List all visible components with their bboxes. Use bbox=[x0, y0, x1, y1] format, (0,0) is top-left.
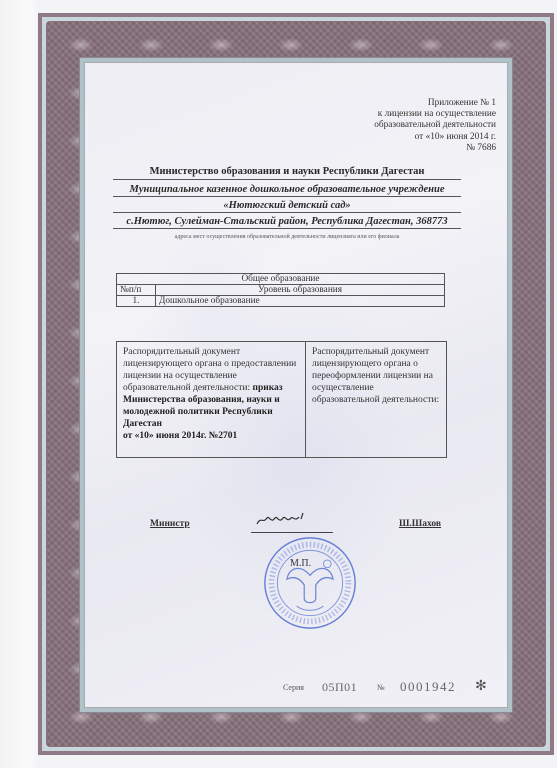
row-number: 1. bbox=[117, 296, 156, 307]
official-seal-stamp bbox=[262, 535, 358, 631]
header-number: №п/п bbox=[117, 285, 156, 296]
seal-placeholder-label: М.П. bbox=[290, 558, 311, 569]
appendix-license-number: № 7686 bbox=[296, 143, 496, 154]
appendix-line: образовательной деятельности bbox=[296, 120, 496, 131]
reissue-document-text: Распорядительный документ лицензирующего… bbox=[312, 347, 439, 405]
security-mark-icon: ✻ bbox=[475, 678, 487, 695]
organization-name-line1: Муниципальное казенное дошкольное образо… bbox=[113, 184, 461, 197]
table-row: 1. Дошкольное образование bbox=[117, 296, 445, 307]
blank-number-label: № bbox=[377, 683, 385, 692]
table-title: Общее образование bbox=[117, 274, 445, 285]
grant-document-date: от «10» июня 2014г. №2701 bbox=[123, 431, 237, 441]
signatory-name: Ш.Шахов bbox=[399, 519, 441, 529]
education-levels-table: Общее образование №п/п Уровень образован… bbox=[116, 273, 445, 307]
blank-number-value: 0001942 bbox=[400, 679, 456, 695]
signature-line bbox=[251, 532, 333, 533]
series-value: 05П01 bbox=[322, 680, 357, 695]
signatory-role: Министр bbox=[150, 519, 190, 529]
administrative-documents-box: Распорядительный документ лицензирующего… bbox=[116, 341, 447, 458]
ministry-name: Министерство образования и науки Республ… bbox=[113, 166, 461, 180]
appendix-title: Приложение № 1 bbox=[296, 98, 496, 109]
appendix-header: Приложение № 1 к лицензии на осуществлен… bbox=[296, 98, 496, 154]
table-title-row: Общее образование bbox=[117, 274, 445, 285]
table-header-row: №п/п Уровень образования bbox=[117, 285, 445, 296]
organization-name-line2: «Нютюгский детский сад» bbox=[113, 200, 461, 213]
header-level: Уровень образования bbox=[156, 285, 445, 296]
organization-address: с.Нютюг, Сулейман-Стальский район, Респу… bbox=[113, 216, 461, 229]
address-caption: адреса мест осуществления образовательно… bbox=[113, 234, 461, 240]
reissue-document-cell: Распорядительный документ лицензирующего… bbox=[306, 342, 446, 457]
handwritten-signature bbox=[253, 510, 313, 528]
row-level: Дошкольное образование bbox=[156, 296, 445, 307]
appendix-line: к лицензии на осуществление bbox=[296, 109, 496, 120]
series-label: Серия bbox=[283, 683, 304, 692]
grant-document-cell: Распорядительный документ лицензирующего… bbox=[117, 342, 306, 457]
appendix-date: от «10» июня 2014 г. bbox=[296, 132, 496, 143]
